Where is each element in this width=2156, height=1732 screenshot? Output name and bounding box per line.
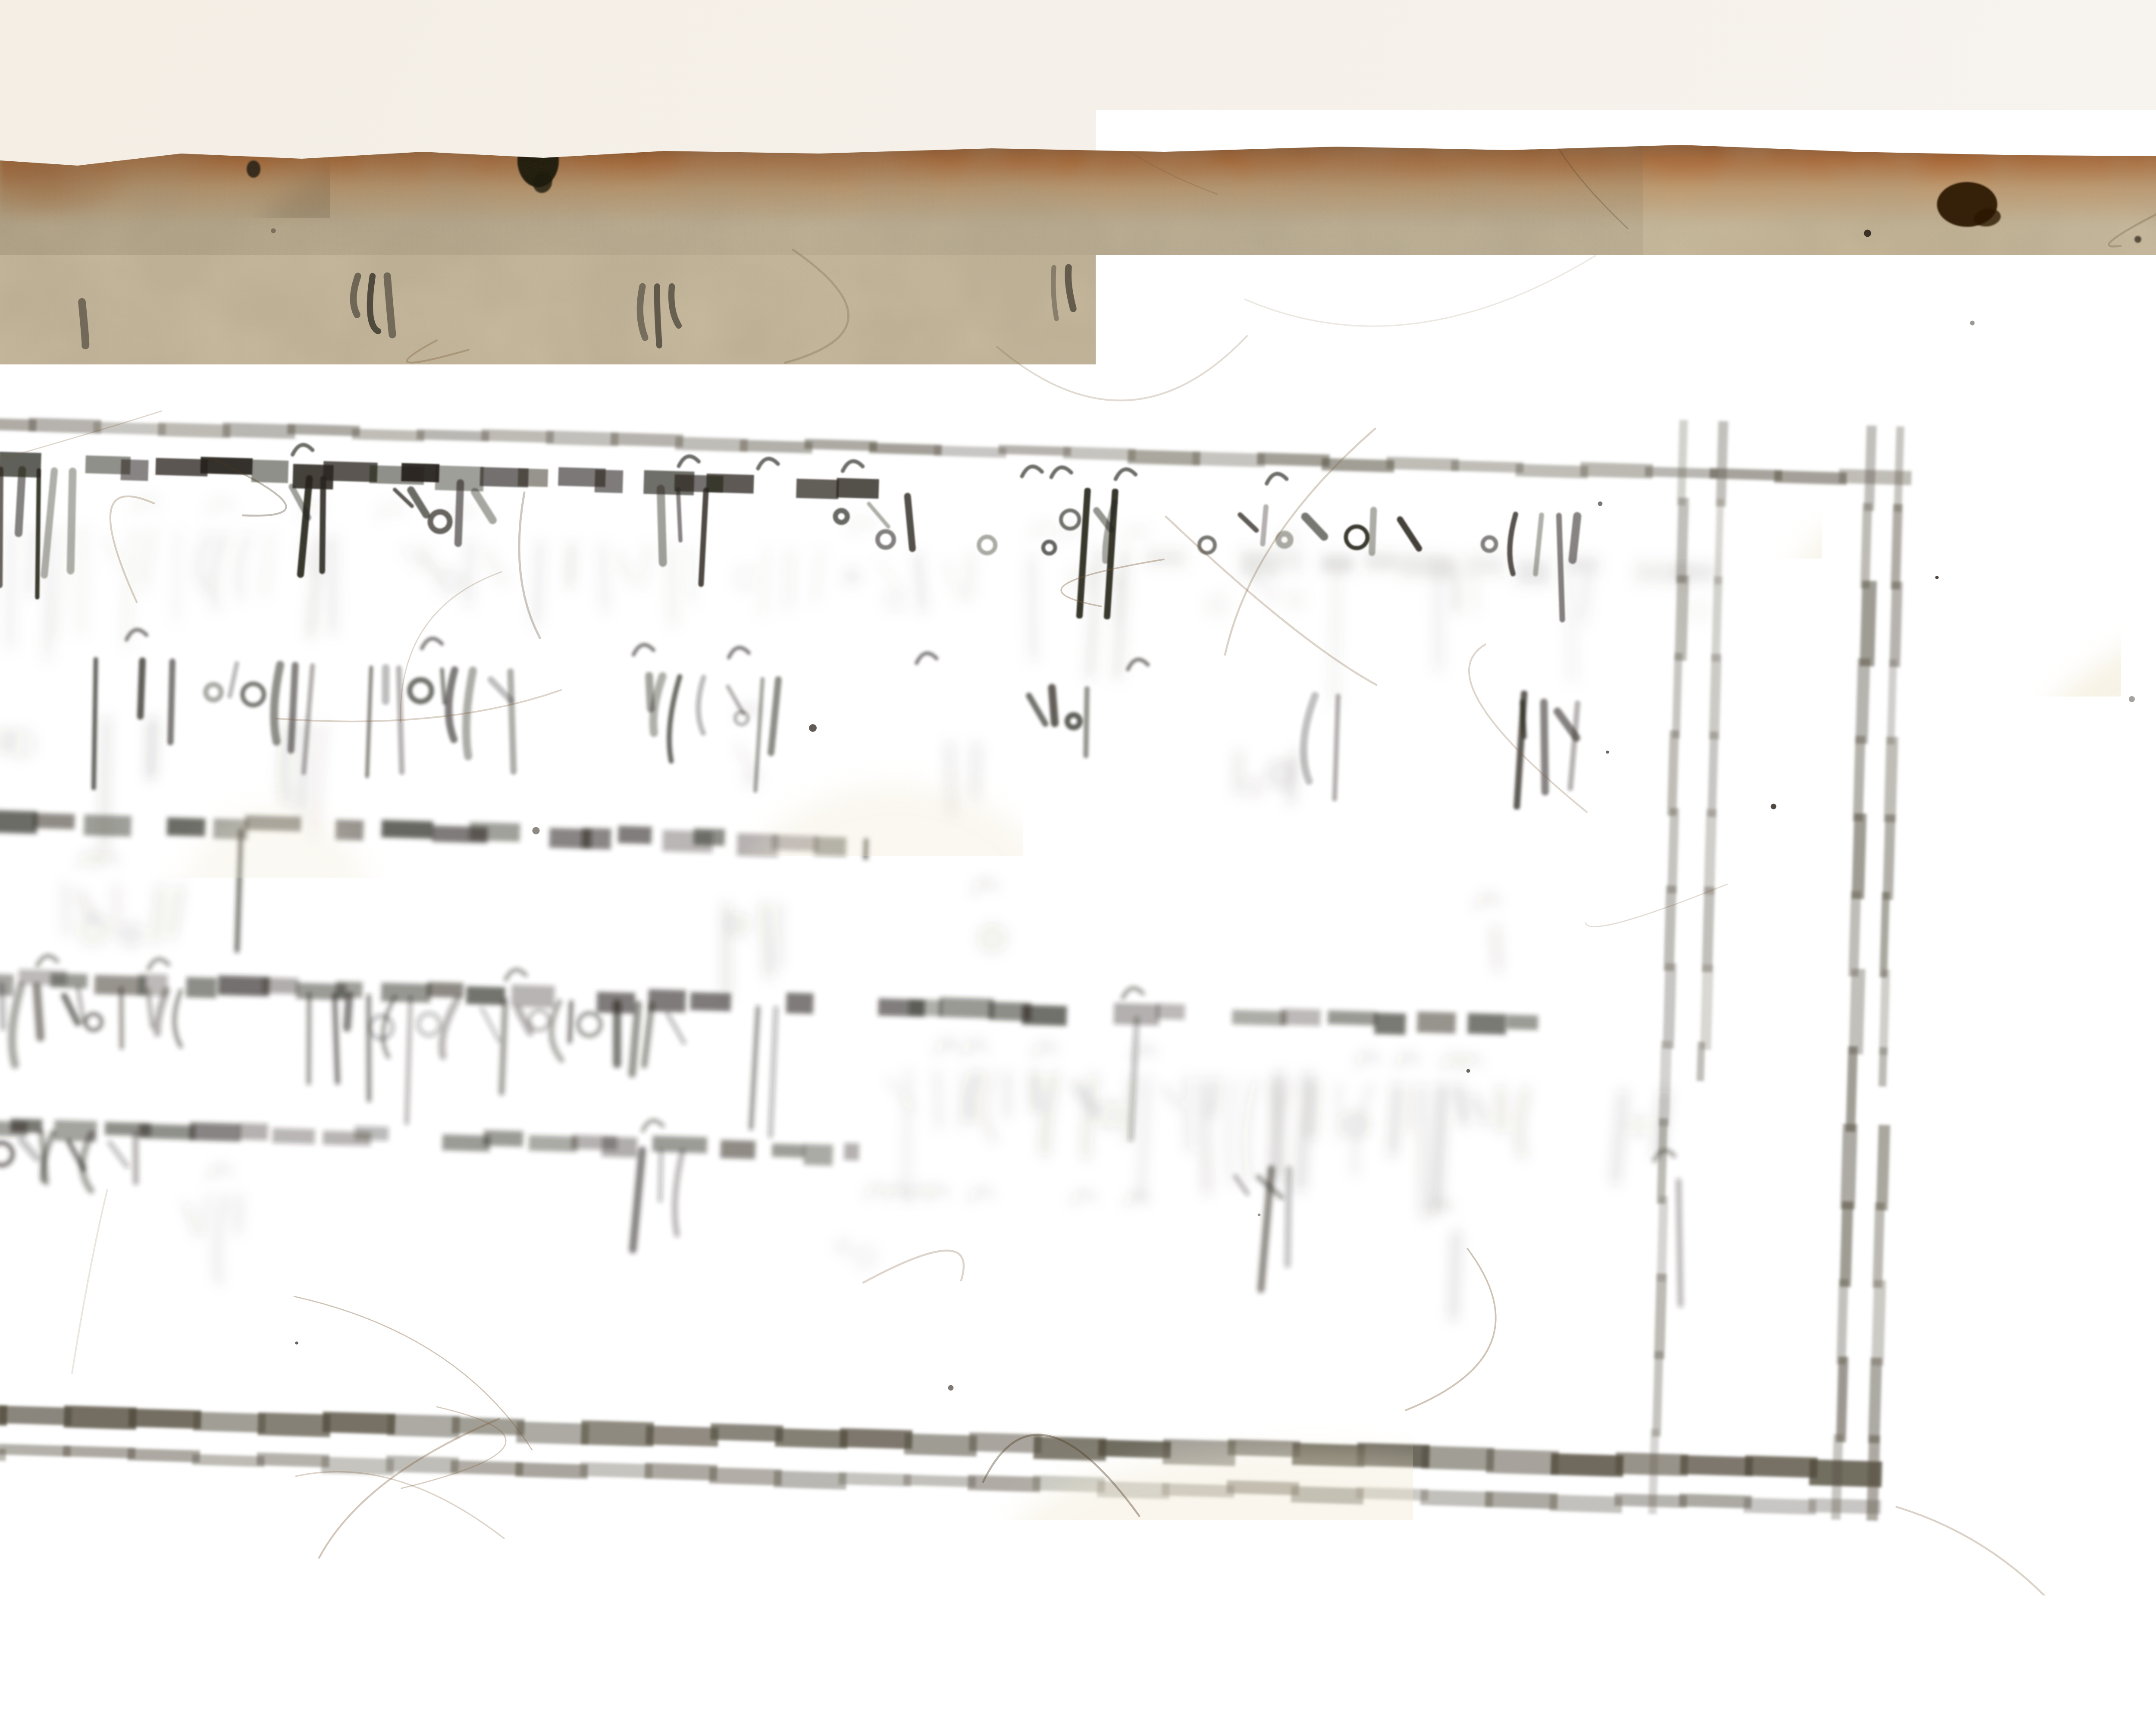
manuscript-leaf: [0, 0, 2156, 1732]
paper-vignette: [0, 0, 2156, 1732]
photo-backdrop: [0, 0, 2156, 1732]
